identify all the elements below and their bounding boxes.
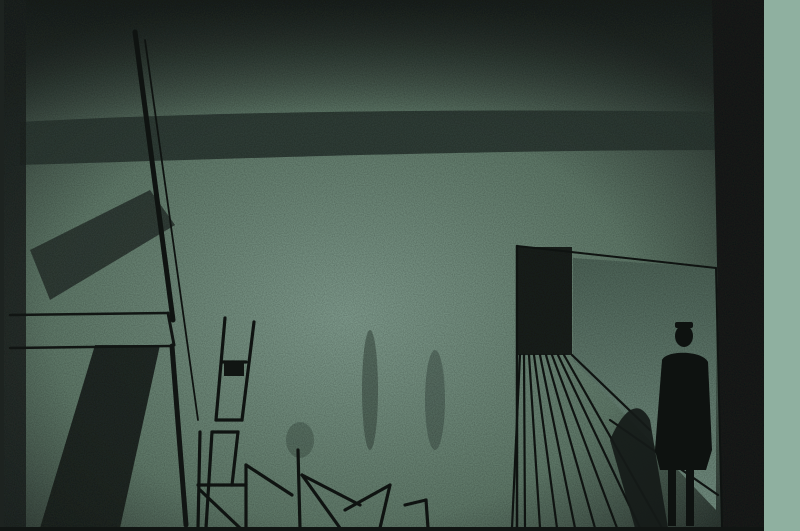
left-edge-shadow [4,0,26,528]
wall-stain [286,422,314,458]
wall-stain [425,350,445,450]
figure-coat [655,353,712,470]
paper-margin [762,0,800,531]
figure-hat [675,322,693,328]
print-canvas [0,0,800,531]
figure-right-leg [686,468,694,526]
chair-seat [224,362,244,376]
open-doorway [518,247,572,355]
ceiling-shadow [4,0,764,120]
figure-left-leg [668,468,676,526]
artwork-print [0,0,800,531]
bottom-border [0,527,764,531]
figure-head [675,325,693,347]
wall-stain [362,330,378,450]
